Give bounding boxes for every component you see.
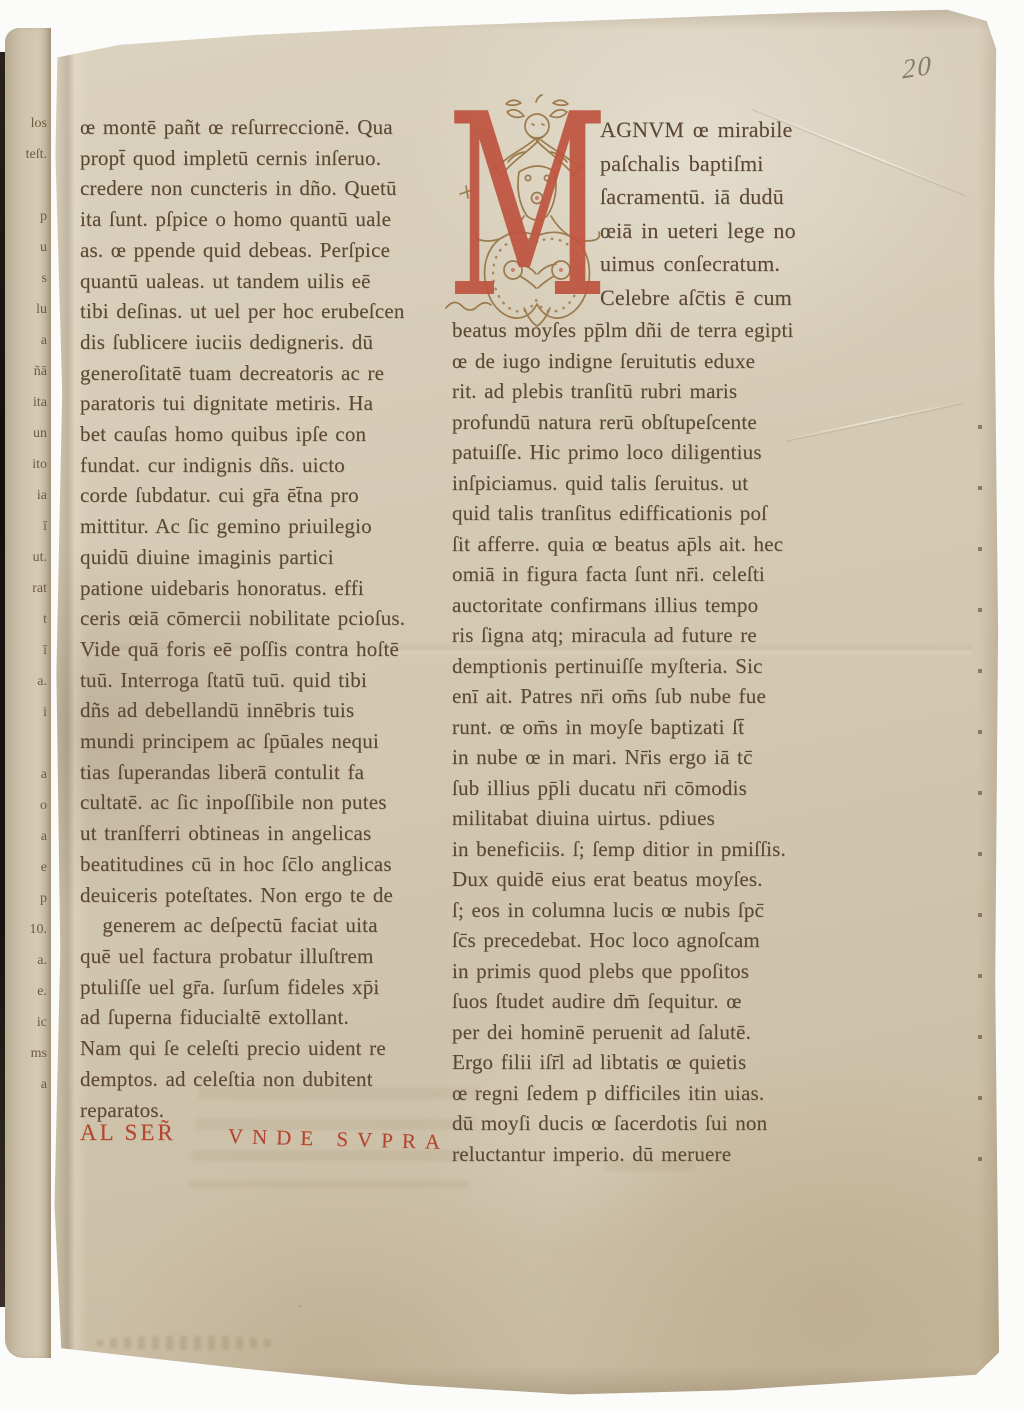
gutter-text-fragment: a bbox=[9, 325, 47, 356]
text-line: mittitur. Ac ſic gemino priuilegio bbox=[80, 511, 448, 542]
gutter-text-fragment: ī bbox=[9, 635, 47, 666]
text-line: ut tranſferri obtineas in angelicas bbox=[80, 818, 448, 849]
text-line: tibi deſinas. ut uel per hoc erubeſcen bbox=[80, 296, 448, 327]
rubric-line: AL SER̃VNDE SVPRA bbox=[80, 1120, 449, 1146]
text-line: ſit afferre. quia œ beatus ap̄ls ait. he… bbox=[452, 529, 908, 560]
text-line: generem ac deſpectū faciat uita bbox=[80, 910, 448, 941]
text-line: runt. œ om̄s in moyſe baptizati ſt̄ bbox=[452, 712, 908, 743]
text-line: Ergo filii iſr̄l ad libtatis œ quietis bbox=[452, 1047, 908, 1078]
text-line: ceris œiā cōmercii nobilitate pcioſus. bbox=[80, 603, 448, 634]
horn-blower-figure bbox=[460, 95, 600, 241]
text-line: œ montē pañt œ reſurreccionē. Qua bbox=[80, 112, 448, 143]
text-line: generoſitatē tuam decreatoris ac re bbox=[80, 358, 448, 389]
gutter-text-fragment: a bbox=[9, 759, 47, 790]
text-line: per dei hominē peruenit ad ſalutē. bbox=[452, 1017, 908, 1048]
text-line: demptos. ad celeſtia non dubitent bbox=[80, 1064, 448, 1095]
text-line: deuiceris poteſtates. Non ergo te de bbox=[80, 880, 448, 911]
text-line: ſub illius pp̄li ducatu nr̄i cōmodis bbox=[452, 773, 908, 804]
gutter-text-fragment: ita bbox=[9, 387, 47, 418]
text-line: in primis quod plebs que ppoſitos bbox=[452, 956, 908, 987]
gutter-text-fragment: a. bbox=[9, 666, 47, 697]
text-line: Dux quidē eius erat beatus moyſes. bbox=[452, 864, 908, 895]
text-line: reluctantur imperio. dū meruere bbox=[452, 1139, 908, 1170]
gutter-text-fragment bbox=[9, 170, 47, 201]
text-line: beatitudines cū in hoc ſc̄lo anglicas bbox=[80, 849, 448, 880]
text-line: tuū. Interroga ſtatū tuū. quid tibi bbox=[80, 665, 448, 696]
text-line: inſpiciamus. quid talis ſeruitus. ut bbox=[452, 468, 908, 499]
text-line: propt̄ quod impletū cernis inſeruo. bbox=[80, 143, 448, 174]
text-line: ris ſigna atq; miracula ad future re bbox=[452, 620, 908, 651]
gutter-text-fragment: a bbox=[9, 1069, 47, 1100]
text-line: œiā in ueteri lege no bbox=[600, 214, 934, 248]
text-line: beatus moyſes pp̄lm dñi de terra egipti bbox=[452, 315, 908, 346]
text-line: fundat. cur indignis dñs. uicto bbox=[80, 450, 448, 481]
text-line: œ de iugo indigne ſeruitutis eduxe bbox=[452, 346, 908, 377]
text-line: quantū ualeas. ut tandem uilis eē bbox=[80, 266, 448, 297]
text-line: rit. ad plebis tranſitū rubri maris bbox=[452, 376, 908, 407]
text-line: patione uidebaris honoratus. effi bbox=[80, 573, 448, 604]
faint-bottom-inscription bbox=[96, 1336, 276, 1350]
gutter-text-fragment: i bbox=[9, 697, 47, 728]
gutter-text-fragment: ic bbox=[9, 1007, 47, 1038]
text-line: enī ait. Patres nr̄i om̄s ſub nube fue bbox=[452, 681, 908, 712]
text-line: Nam qui ſe celeſti precio uident re bbox=[80, 1033, 448, 1064]
left-text-column: œ montē pañt œ reſurreccionē. Quapropt̄ … bbox=[80, 112, 448, 1125]
gutter-text-fragment: p bbox=[9, 883, 47, 914]
text-line: ſc̄s precedebat. Hoc loco agnoſcam bbox=[452, 925, 908, 956]
gutter-text-fragment: un bbox=[9, 418, 47, 449]
gutter-text-fragment: o bbox=[9, 790, 47, 821]
text-line: paſchalis baptiſmi bbox=[600, 147, 934, 181]
text-line: patuiſſe. Hic primo loco diligentius bbox=[452, 437, 908, 468]
text-line: demptionis pertinuiſſe myſteria. Sic bbox=[452, 651, 908, 682]
facing-page-edge: losteſt.pusluañāitaunitoiaīut.rattīa.iao… bbox=[5, 28, 51, 1358]
gutter-text-fragment: a bbox=[9, 821, 47, 852]
text-line: cultatē. ac ſic inpoſſibile non putes bbox=[80, 787, 448, 818]
text-line: auctoritate confirmans illius tempo bbox=[452, 590, 908, 621]
gutter-text-fragment: ī bbox=[9, 511, 47, 542]
text-line: dñs ad debellandū innēbris tuis bbox=[80, 695, 448, 726]
right-text-column: beatus moyſes pp̄lm dñi de terra egiptiœ… bbox=[452, 315, 908, 1169]
text-line: Celebre aſc̄tis ē cum bbox=[600, 281, 934, 315]
right-column-opening: AGNVM œ mirabilepaſchalis baptiſmiſacram… bbox=[600, 113, 934, 315]
text-line: tias ſuperandas liberā contulit fa bbox=[80, 757, 448, 788]
gutter-text-fragments: losteſt.pusluañāitaunitoiaīut.rattīa.iao… bbox=[9, 108, 47, 1100]
manuscript-page: 20 bbox=[44, 0, 1000, 1400]
text-line: militabat diuina uirtus. pdiues bbox=[452, 803, 908, 834]
rubric-abbreviation: AL SER̃ bbox=[80, 1120, 176, 1145]
gutter-text-fragment: lu bbox=[9, 294, 47, 325]
gutter-text-fragment: e bbox=[9, 852, 47, 883]
text-line: ſ; eos in columna lucis œ nubis ſpc̄ bbox=[452, 895, 908, 926]
text-line: in beneficiis. ſ; ſemp ditior in pmiſſis… bbox=[452, 834, 908, 865]
dragons-ornament bbox=[446, 232, 589, 326]
manuscript-photo: losteſt.pusluañāitaunitoiaīut.rattīa.iao… bbox=[0, 0, 1024, 1412]
text-line: œ regni ſedem p difficiles itin uias. bbox=[452, 1078, 908, 1109]
text-line: profundū natura rerū obſtupeſcente bbox=[452, 407, 908, 438]
text-line: as. œ ppende quid debeas. Perſpice bbox=[80, 235, 448, 266]
text-line: dis ſublicere iuciis dedigneris. dū bbox=[80, 327, 448, 358]
gutter-text-fragment: ia bbox=[9, 480, 47, 511]
gutter-text-fragment: u bbox=[9, 232, 47, 263]
text-line: quid talis tranſitus edifficationis poſ bbox=[452, 498, 908, 529]
text-line: quidū diuine imaginis partici bbox=[80, 542, 448, 573]
gutter-text-fragment: t bbox=[9, 604, 47, 635]
text-line: mundi principem ac ſpūales nequi bbox=[80, 726, 448, 757]
text-line: Vide quā foris eē poſſis contra hoſtē bbox=[80, 634, 448, 665]
gutter-text-fragment: s bbox=[9, 263, 47, 294]
text-line: bet cauſas homo quibus ipſe con bbox=[80, 419, 448, 450]
gutter-text-fragment: a. bbox=[9, 945, 47, 976]
folio-number: 20 bbox=[902, 49, 933, 85]
gutter-text-fragment: rat bbox=[9, 573, 47, 604]
text-line: quē uel factura probatur illuſtrem bbox=[80, 941, 448, 972]
gutter-text-fragment bbox=[9, 728, 47, 759]
text-line: dū moyſi ducis œ ſacerdotis ſui non bbox=[452, 1108, 908, 1139]
dotted-ornament bbox=[493, 239, 580, 312]
initial-letter-m: M bbox=[446, 94, 609, 334]
text-line: paratoris tui dignitate metiris. Ha bbox=[80, 388, 448, 419]
gutter-text-fragment: 10. bbox=[9, 914, 47, 945]
text-line: ita ſunt. pſpice o homo quantū uale bbox=[80, 204, 448, 235]
text-line: omiā in figura facta ſunt nr̄i. celeſti bbox=[452, 559, 908, 590]
gutter-text-fragment: los bbox=[9, 108, 47, 139]
text-line: ad ſuperna fiducialtē extollant. bbox=[80, 1002, 448, 1033]
text-line: uimus conſecratum. bbox=[600, 247, 934, 281]
gutter-text-fragment: ms bbox=[9, 1038, 47, 1069]
gutter-text-fragment: ñā bbox=[9, 356, 47, 387]
text-line: ſacramentū. iā dudū bbox=[600, 180, 934, 214]
gutter-text-fragment: ito bbox=[9, 449, 47, 480]
text-line: in nube œ in mari. Nr̄is ergo iā tc̄ bbox=[452, 742, 908, 773]
gutter-text-fragment: e. bbox=[9, 976, 47, 1007]
text-line: ſuos ſtudet audire dm̄ ſequitur. œ bbox=[452, 986, 908, 1017]
text-line: credere non cuncteris in dño. Quetū bbox=[80, 173, 448, 204]
gutter-text-fragment: p bbox=[9, 201, 47, 232]
gutter-text-fragment: ut. bbox=[9, 542, 47, 573]
text-line: corde ſubdatur. cui gr̄a ēt̄na pro bbox=[80, 480, 448, 511]
text-line: ptuliſſe uel gr̄a. ſurſum fideles xp̄i bbox=[80, 972, 448, 1003]
gutter-text-fragment: teſt. bbox=[9, 139, 47, 170]
text-line: AGNVM œ mirabile bbox=[600, 113, 934, 147]
pricking-marks bbox=[978, 425, 982, 1170]
